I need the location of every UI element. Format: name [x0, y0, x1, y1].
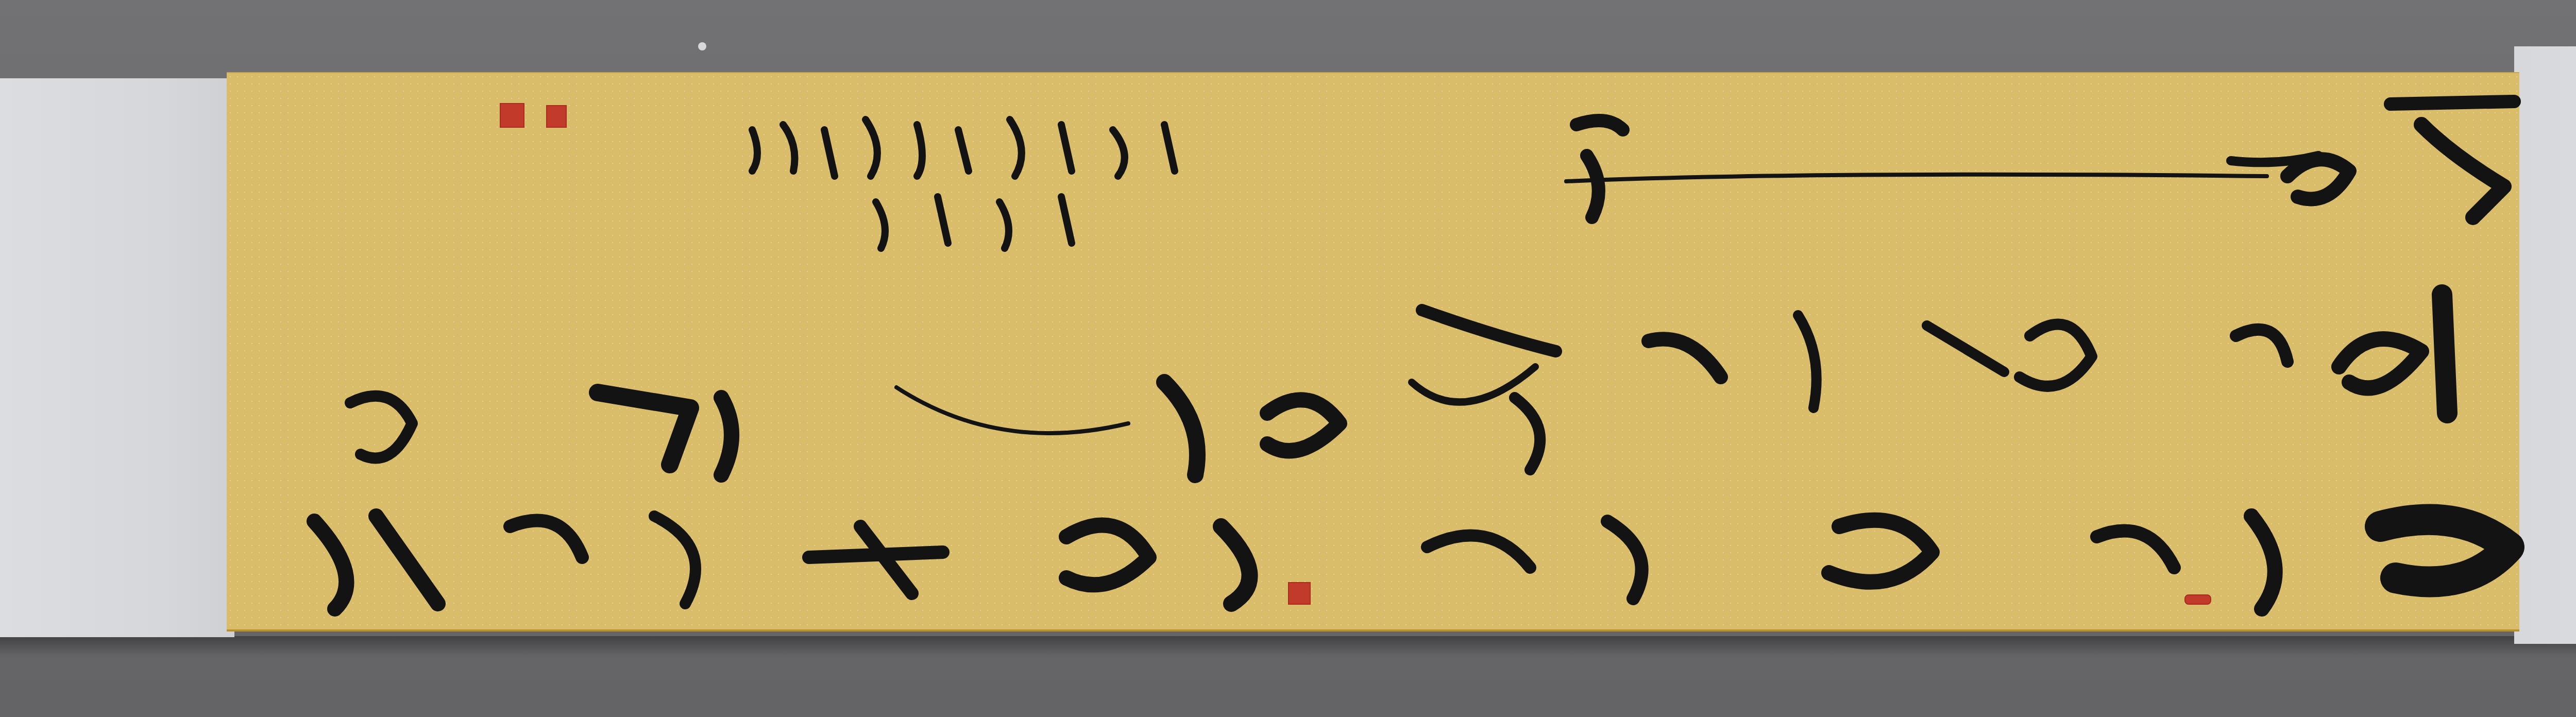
scroll-shadow [0, 636, 2576, 657]
wall-hook [698, 42, 706, 50]
scroll-mount-left [0, 78, 234, 637]
calligraphy-paper: Hanging scroll of cursive Chinese callig… [227, 72, 2519, 631]
inscription-text [721, 99, 1391, 264]
calligraphy-column-1 [1546, 83, 2524, 269]
seal-stamp-4: seal-4 [2184, 594, 2211, 605]
calligraphy-column-4 [294, 475, 2576, 629]
seal-stamp-1: seal-1 [500, 103, 524, 128]
hanging-scroll: Hanging scroll of cursive Chinese callig… [0, 72, 2576, 639]
seal-stamp-2: seal-2 [546, 105, 567, 128]
seal-stamp-3: seal-3 [1288, 582, 1311, 605]
